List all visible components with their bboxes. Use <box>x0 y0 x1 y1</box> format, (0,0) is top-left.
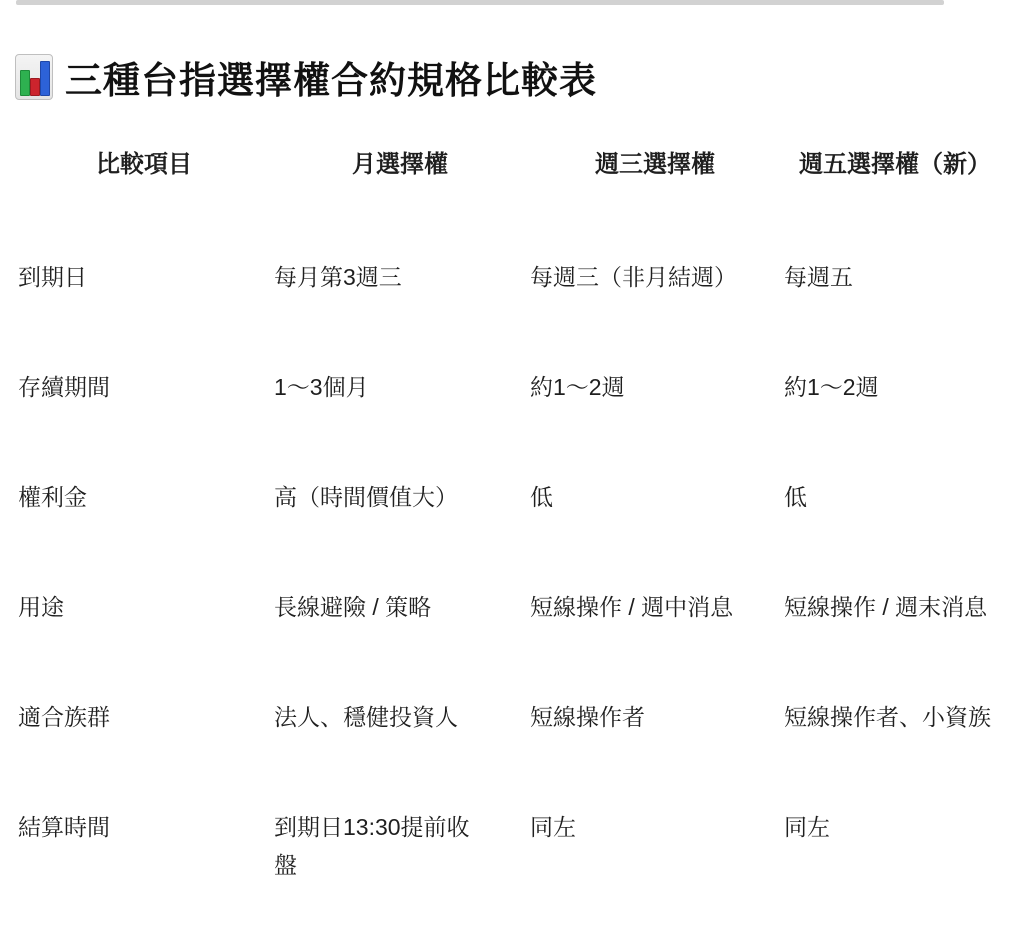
cell-friday: 短線操作者、小資族 <box>782 698 1008 808</box>
row-label: 結算時間 <box>16 808 272 918</box>
table-row-expiry-date: 到期日 每月第3週三 每週三（非月結週） 每週五 <box>16 258 1008 368</box>
top-divider <box>16 0 944 5</box>
bar-chart-icon <box>15 54 53 100</box>
title-row: 三種台指選擇權合約規格比較表 <box>15 50 597 104</box>
cell-friday: 低 <box>782 478 1008 588</box>
cell-wednesday: 低 <box>528 478 782 588</box>
bar-chart-icon-blue-bar <box>40 61 50 96</box>
cell-wednesday: 約1～2週 <box>528 368 782 478</box>
row-label: 到期日 <box>16 258 272 368</box>
cell-friday: 短線操作 / 週末消息 <box>782 588 1008 698</box>
column-header-wednesday-option: 週三選擇權 <box>528 146 782 258</box>
cell-monthly: 到期日13:30提前收盤 <box>272 808 528 918</box>
cell-monthly: 每月第3週三 <box>272 258 528 368</box>
cell-wednesday: 短線操作者 <box>528 698 782 808</box>
cell-friday: 約1～2週 <box>782 368 1008 478</box>
table-row-settlement-time: 結算時間 到期日13:30提前收盤 同左 同左 <box>16 808 1008 918</box>
cell-friday: 同左 <box>782 808 1008 918</box>
row-label: 存續期間 <box>16 368 272 478</box>
row-label: 權利金 <box>16 478 272 588</box>
comparison-table: 比較項目 月選擇權 週三選擇權 週五選擇權（新） 到期日 每月第3週三 每週三（… <box>16 146 1008 918</box>
cell-wednesday: 短線操作 / 週中消息 <box>528 588 782 698</box>
cell-wednesday: 每週三（非月結週） <box>528 258 782 368</box>
table-header-row: 比較項目 月選擇權 週三選擇權 週五選擇權（新） <box>16 146 1008 258</box>
cell-monthly: 長線避險 / 策略 <box>272 588 528 698</box>
table-row-duration: 存續期間 1～3個月 約1～2週 約1～2週 <box>16 368 1008 478</box>
row-label: 適合族群 <box>16 698 272 808</box>
bar-chart-icon-red-bar <box>30 78 40 96</box>
table-row-suitable-group: 適合族群 法人、穩健投資人 短線操作者 短線操作者、小資族 <box>16 698 1008 808</box>
table-row-usage: 用途 長線避險 / 策略 短線操作 / 週中消息 短線操作 / 週末消息 <box>16 588 1008 698</box>
cell-monthly: 法人、穩健投資人 <box>272 698 528 808</box>
column-header-monthly-option: 月選擇權 <box>272 146 528 258</box>
cell-monthly: 1～3個月 <box>272 368 528 478</box>
cell-monthly: 高（時間價值大） <box>272 478 528 588</box>
bar-chart-icon-green-bar <box>20 70 30 96</box>
table-row-premium: 權利金 高（時間價值大） 低 低 <box>16 478 1008 588</box>
column-header-item: 比較項目 <box>16 146 272 258</box>
page: 三種台指選擇權合約規格比較表 比較項目 月選擇權 週三選擇權 週五選擇權（新） … <box>0 0 1024 932</box>
cell-friday: 每週五 <box>782 258 1008 368</box>
column-header-friday-option: 週五選擇權（新） <box>782 146 1008 258</box>
row-label: 用途 <box>16 588 272 698</box>
cell-wednesday: 同左 <box>528 808 782 918</box>
page-title: 三種台指選擇權合約規格比較表 <box>65 50 597 104</box>
